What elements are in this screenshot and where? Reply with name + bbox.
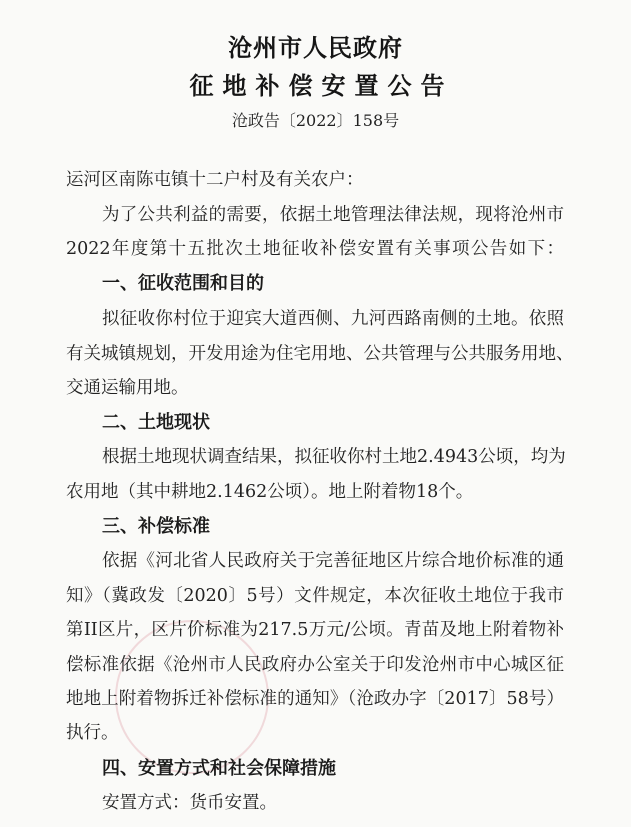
section-1-line-2: 有关城镇规划，开发用途为住宅用地、公共管理与公共服务用地、 [66, 341, 564, 367]
section-4-line-1: 安置方式：货币安置。 [102, 790, 602, 816]
section-heading-resettlement: 四、安置方式和社会保障措施 [102, 756, 602, 782]
section-1-line-3: 交通运输用地。 [66, 375, 566, 401]
section-3-line-3: 第II区片，区片价标准为217.5万元/公顷。青苗及地上附着物补 [66, 617, 564, 643]
document-number: 沧政告〔2022〕158号 [0, 108, 631, 131]
section-3-line-2: 知》（冀政发〔2020〕5号）文件规定，本次征收土地位于我市 [66, 583, 564, 609]
document-page: 沧州市人民政府 征地补偿安置公告 沧政告〔2022〕158号 运河区南陈屯镇十二… [0, 0, 631, 827]
section-2-line-1: 根据土地现状调查结果，拟征收你村土地2.4943公顷，均为 [102, 444, 564, 470]
announcement-title: 征地补偿安置公告 [0, 66, 631, 101]
section-2-line-2: 农用地（其中耕地2.1462公顷）。地上附着物18个。 [66, 479, 566, 505]
addressee: 运河区南陈屯镇十二户村及有关农户： [66, 167, 566, 193]
section-heading-scope: 一、征收范围和目的 [102, 271, 602, 297]
section-3-line-6: 执行。 [66, 720, 566, 746]
section-heading-land-status: 二、土地现状 [102, 410, 602, 436]
section-heading-compensation: 三、补偿标准 [102, 514, 602, 540]
section-1-line-1: 拟征收你村位于迎宾大道西侧、九河西路南侧的土地。依照 [102, 306, 564, 332]
intro-line-1: 为了公共利益的需要，依据土地管理法律法规，现将沧州市 [102, 202, 564, 228]
intro-line-2: 2022年度第十五批次土地征收补偿安置有关事项公告如下： [66, 236, 564, 262]
section-3-line-1: 依据《河北省人民政府关于完善征地区片综合地价标准的通 [102, 548, 564, 574]
section-3-line-5: 地地上附着物拆迁补偿标准的通知》（沧政办字〔2017〕58号） [66, 686, 564, 712]
section-3-line-4: 偿标准依据《沧州市人民政府办公室关于印发沧州市中心城区征 [66, 652, 564, 678]
issuer-title: 沧州市人民政府 [0, 28, 631, 63]
